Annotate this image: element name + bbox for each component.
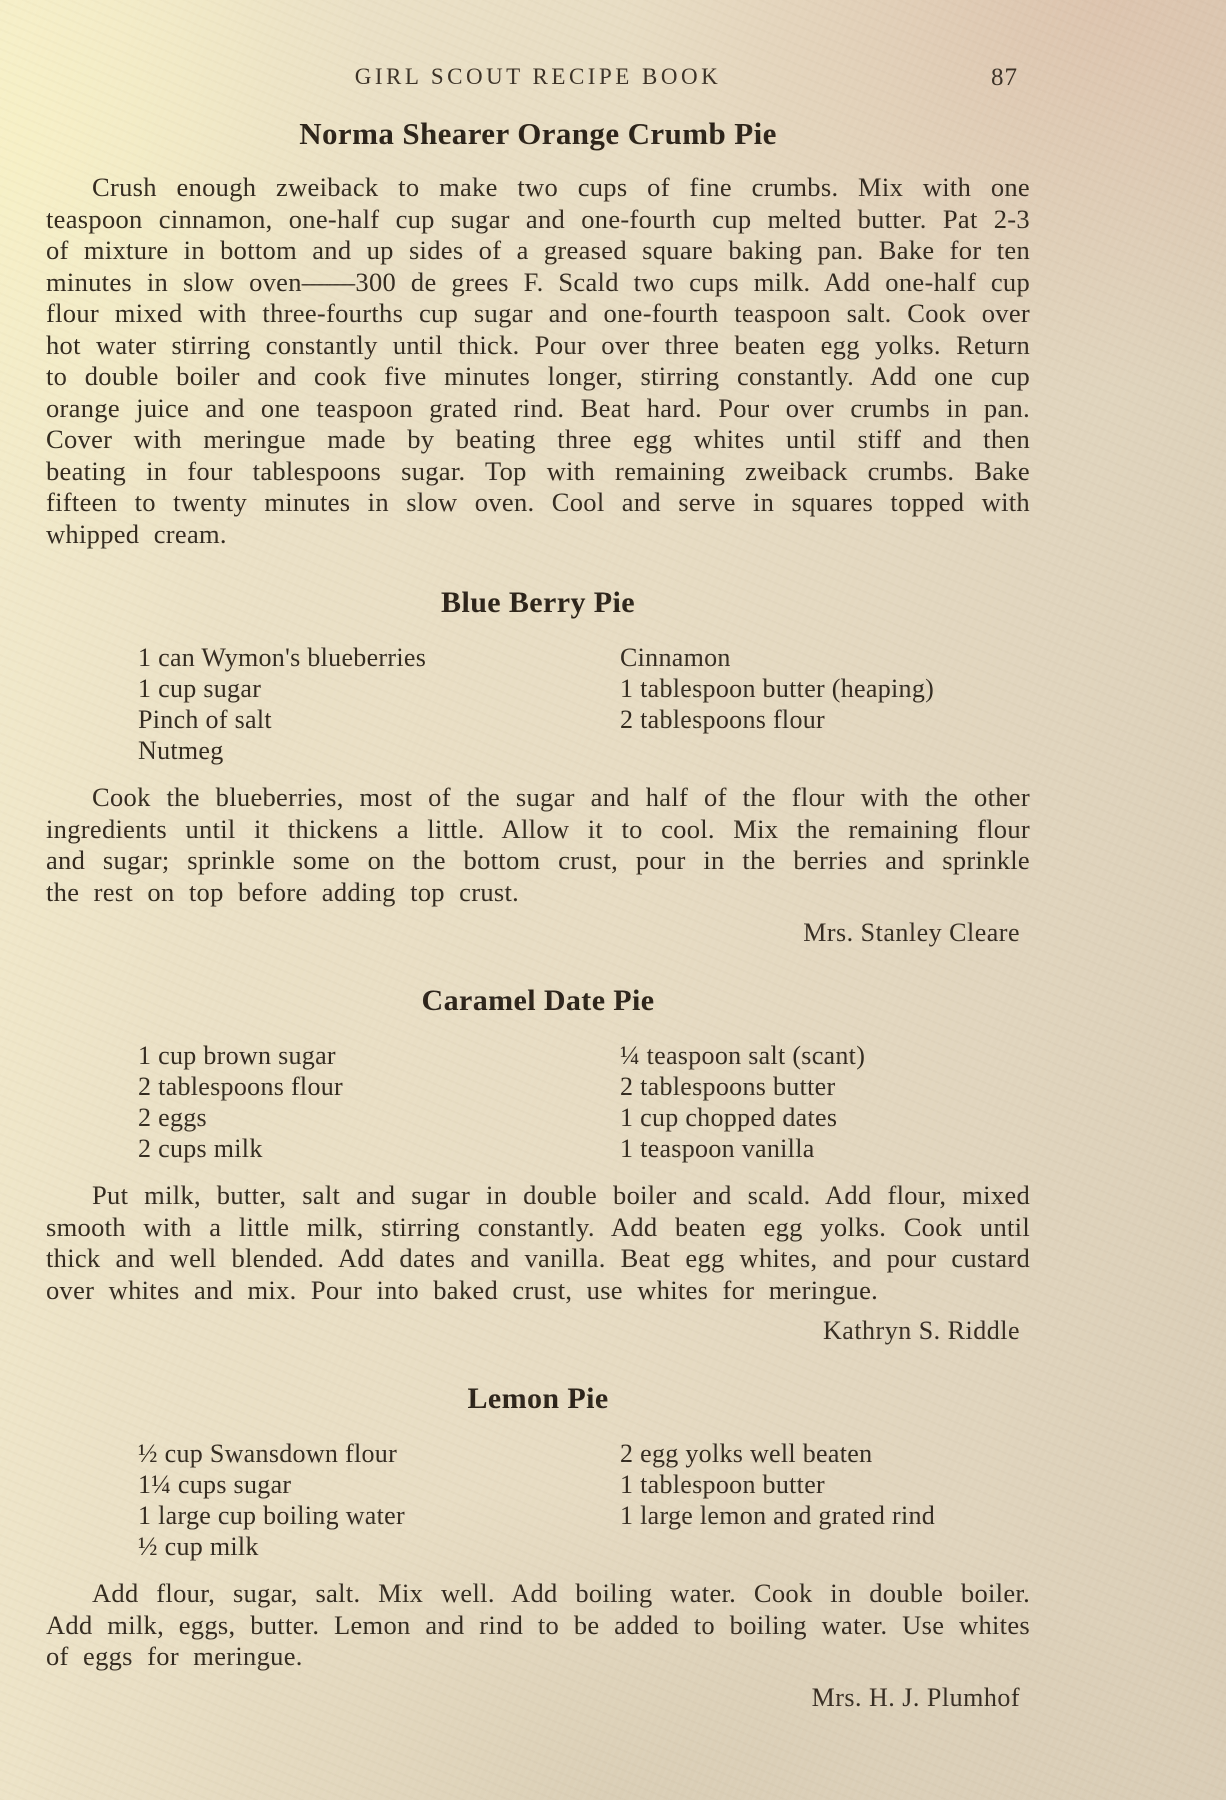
ingredient-item: ½ cup Swansdown flour [138, 1438, 620, 1469]
ingredient-item: 2 eggs [138, 1102, 620, 1133]
recipe-instructions: Cook the blueberries, most of the sugar … [46, 782, 1030, 908]
ingredient-item: 1 cup chopped dates [620, 1102, 1030, 1133]
recipe-title: Lemon Pie [46, 1382, 1030, 1416]
recipe-blue-berry-pie: Blue Berry Pie 1 can Wymon's blueberries… [46, 586, 1030, 948]
ingredients-list: 1 cup brown sugar 2 tablespoons flour 2 … [46, 1040, 1030, 1164]
ingredient-item: 2 tablespoons flour [620, 704, 1030, 735]
ingredients-left-column: ½ cup Swansdown flour 1¼ cups sugar 1 la… [46, 1438, 620, 1562]
ingredients-right-column: ¼ teaspoon salt (scant) 2 tablespoons bu… [620, 1040, 1030, 1164]
recipe-instructions: Put milk, butter, salt and sugar in doub… [46, 1180, 1030, 1306]
ingredients-left-column: 1 cup brown sugar 2 tablespoons flour 2 … [46, 1040, 620, 1164]
ingredient-item: 1 cup brown sugar [138, 1040, 620, 1071]
ingredients-right-column: Cinnamon 1 tablespoon butter (heaping) 2… [620, 642, 1030, 766]
recipe-attribution: Mrs. H. J. Plumhof [46, 1683, 1030, 1713]
ingredient-item: 1 cup sugar [138, 673, 620, 704]
ingredient-item: 2 cups milk [138, 1133, 620, 1164]
ingredient-item: 1 large cup boiling water [138, 1500, 620, 1531]
ingredient-item: 2 tablespoons flour [138, 1071, 620, 1102]
page-content: GIRL SCOUT RECIPE BOOK 87 Norma Shearer … [0, 0, 1226, 1713]
running-header: GIRL SCOUT RECIPE BOOK 87 [46, 0, 1030, 90]
ingredient-item: 1¼ cups sugar [138, 1469, 620, 1500]
ingredient-item: Pinch of salt [138, 704, 620, 735]
ingredient-item: 2 egg yolks well beaten [620, 1438, 1030, 1469]
book-page: GIRL SCOUT RECIPE BOOK 87 Norma Shearer … [0, 0, 1226, 1800]
recipe-instructions: Crush enough zweiback to make two cups o… [46, 172, 1030, 550]
book-title: GIRL SCOUT RECIPE BOOK [355, 64, 721, 89]
ingredient-item: 1 tablespoon butter (heaping) [620, 673, 1030, 704]
recipe-title: Blue Berry Pie [46, 586, 1030, 620]
page-number: 87 [991, 64, 1018, 92]
recipe-lemon-pie: Lemon Pie ½ cup Swansdown flour 1¼ cups … [46, 1382, 1030, 1713]
ingredient-item: 1 large lemon and grated rind [620, 1500, 1030, 1531]
ingredient-item: 1 teaspoon vanilla [620, 1133, 1030, 1164]
recipe-attribution: Mrs. Stanley Cleare [46, 918, 1030, 948]
recipe-caramel-date-pie: Caramel Date Pie 1 cup brown sugar 2 tab… [46, 984, 1030, 1346]
recipe-instructions: Add flour, sugar, salt. Mix well. Add bo… [46, 1578, 1030, 1673]
recipe-title: Caramel Date Pie [46, 984, 1030, 1018]
ingredient-item: 1 tablespoon butter [620, 1469, 1030, 1500]
ingredients-list: ½ cup Swansdown flour 1¼ cups sugar 1 la… [46, 1438, 1030, 1562]
ingredients-left-column: 1 can Wymon's blueberries 1 cup sugar Pi… [46, 642, 620, 766]
ingredient-item: ½ cup milk [138, 1531, 620, 1562]
ingredients-right-column: 2 egg yolks well beaten 1 tablespoon but… [620, 1438, 1030, 1562]
ingredient-item: Cinnamon [620, 642, 1030, 673]
ingredient-item: ¼ teaspoon salt (scant) [620, 1040, 1030, 1071]
ingredients-list: 1 can Wymon's blueberries 1 cup sugar Pi… [46, 642, 1030, 766]
ingredient-item: 1 can Wymon's blueberries [138, 642, 620, 673]
ingredient-item: Nutmeg [138, 735, 620, 766]
recipe-title: Norma Shearer Orange Crumb Pie [46, 116, 1030, 152]
recipe-norma-shearer-orange-crumb-pie: Norma Shearer Orange Crumb Pie Crush eno… [46, 116, 1030, 550]
ingredient-item: 2 tablespoons butter [620, 1071, 1030, 1102]
recipe-attribution: Kathryn S. Riddle [46, 1316, 1030, 1346]
